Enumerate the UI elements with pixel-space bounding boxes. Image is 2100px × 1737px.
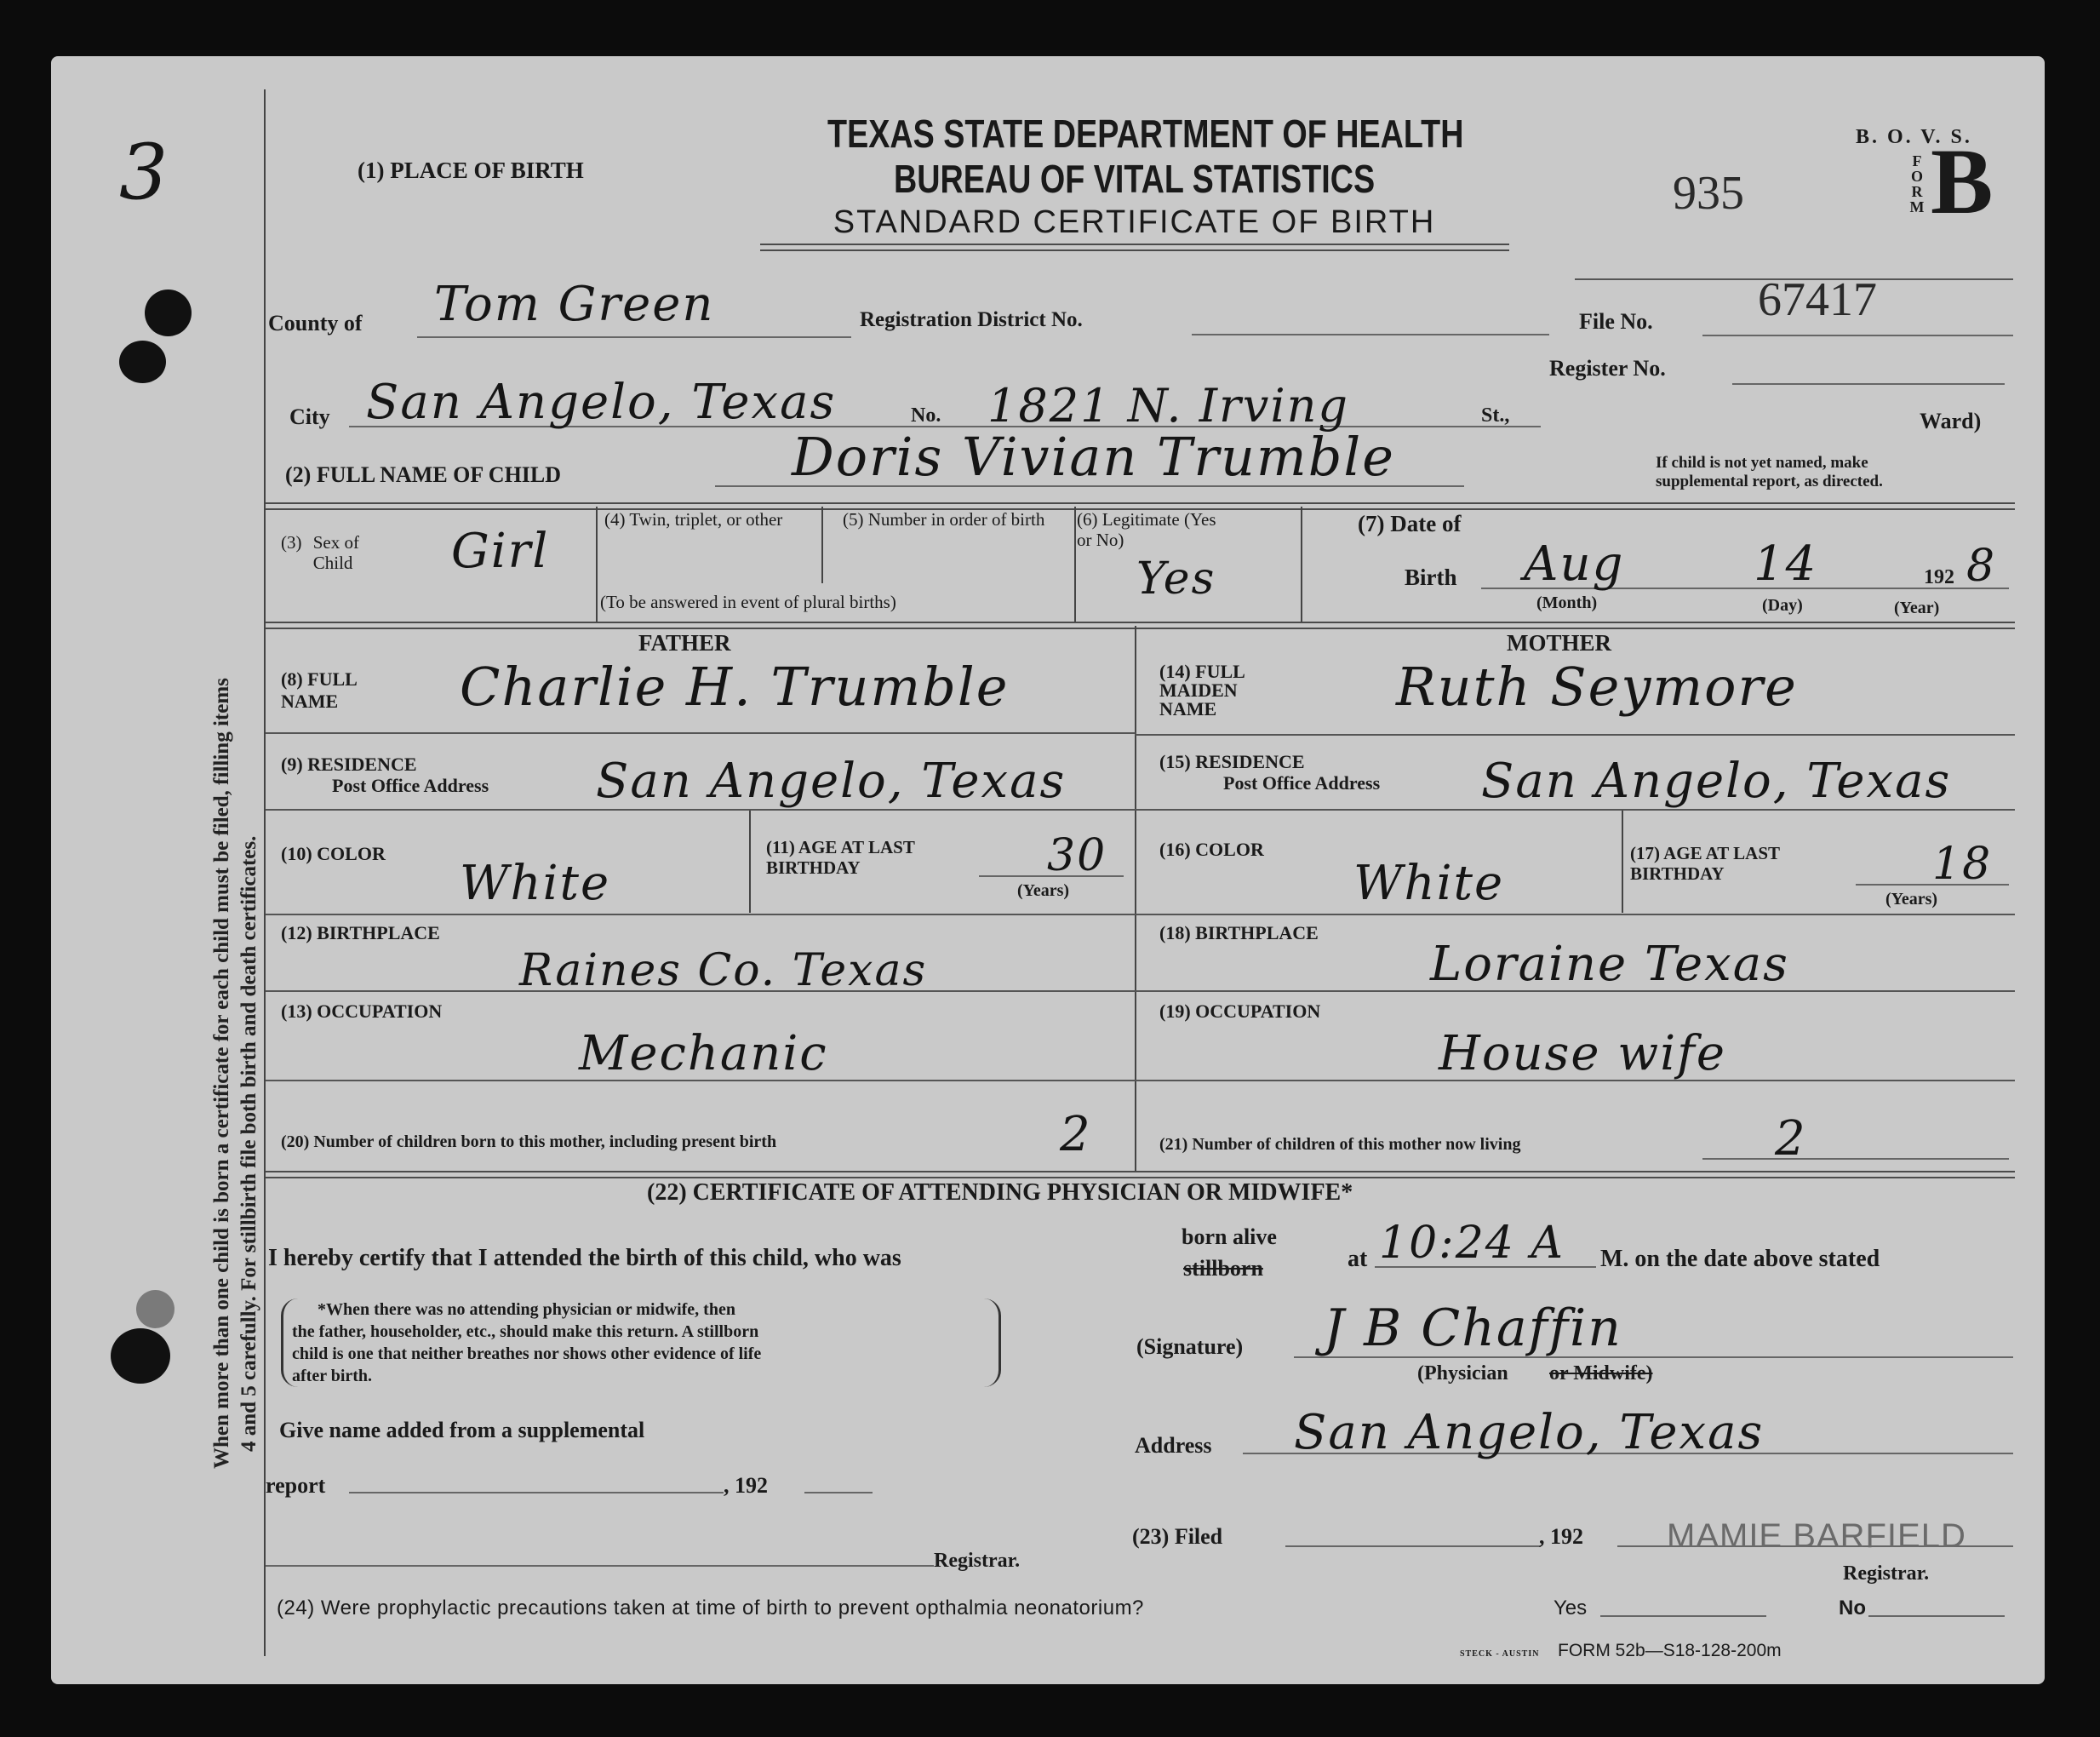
left-margin-rule (264, 89, 266, 1656)
mother-occupation-value[interactable]: House wife (1439, 1026, 1726, 1081)
mother-residence-sublabel: Post Office Address (1223, 772, 1380, 794)
form-code: FORM 52b—S18-128-200m (1558, 1641, 1782, 1661)
section-divider-3 (266, 1171, 2015, 1178)
mother-row-line-3 (1136, 914, 2015, 915)
father-age-caption: (Years) (1017, 881, 1069, 901)
mother-color-age-divider (1622, 811, 1623, 913)
time-value[interactable]: 10:24 A (1379, 1218, 1565, 1269)
birth-day-value[interactable]: 14 (1754, 536, 1817, 592)
father-heading: FATHER (638, 630, 731, 656)
mother-row-line-4 (1136, 990, 2015, 992)
report-underline (349, 1492, 724, 1493)
col-divider-6-7 (1301, 507, 1302, 622)
father-birthplace-value[interactable]: Raines Co. Texas (519, 945, 927, 996)
form-vertical-label: FORM (1909, 153, 1925, 215)
signature-label: (Signature) (1136, 1334, 1243, 1360)
father-color-value[interactable]: White (460, 856, 610, 911)
mother-residence-label: (15) RESIDENCE (1159, 751, 1305, 773)
mother-birthplace-value[interactable]: Loraine Texas (1430, 937, 1789, 992)
father-row-line-5 (266, 1080, 1136, 1081)
children-born-value[interactable]: 2 (1060, 1107, 1092, 1162)
father-occupation-label: (13) OCCUPATION (281, 1000, 442, 1023)
day-caption: (Day) (1762, 596, 1803, 616)
page-number: 3 (119, 128, 169, 217)
father-color-label: (10) COLOR (281, 843, 386, 865)
district-underline (1192, 334, 1549, 335)
left-registrar-underline (266, 1565, 934, 1567)
midwife-caption: or Midwife) (1549, 1362, 1653, 1385)
street-no-label: No. (911, 404, 941, 427)
year-caption: (Year) (1894, 599, 1939, 618)
mother-row-line-5 (1136, 1080, 2015, 1081)
mother-row-line-2 (1136, 809, 2015, 811)
legitimate-value[interactable]: Yes (1136, 553, 1216, 605)
father-name-value[interactable]: Charlie H. Trumble (460, 656, 1009, 718)
registration-district-label: Registration District No. (860, 308, 1083, 332)
county-value[interactable]: Tom Green (434, 277, 714, 332)
city-label: City (289, 404, 330, 430)
punch-hole-top (145, 289, 192, 336)
county-label: County of (268, 311, 363, 336)
birth-year-suffix[interactable]: 8 (1966, 541, 1996, 592)
certify-text: I hereby certify that I attended the bir… (268, 1245, 901, 1272)
mother-birthplace-label: (18) BIRTHPLACE (1159, 922, 1319, 944)
children-living-label: (21) Number of children of this mother n… (1159, 1135, 1520, 1155)
child-name-value[interactable]: Doris Vivian Trumble (792, 426, 1395, 488)
mother-name-label: (14) FULL MAIDEN NAME (1159, 662, 1279, 719)
supplemental-label: Give name added from a supplemental (279, 1418, 644, 1443)
children-living-underline (1702, 1158, 2009, 1160)
address-label: Address (1135, 1433, 1212, 1459)
col-divider-5-6 (1074, 507, 1076, 622)
place-of-birth-label: (1) PLACE OF BIRTH (358, 158, 584, 184)
prophylactic-yes-label: Yes (1554, 1597, 1587, 1620)
child-name-note: If child is not yet named, make suppleme… (1656, 454, 1883, 491)
children-born-label: (20) Number of children born to this mot… (281, 1132, 776, 1152)
punch-hole-top-2 (119, 341, 166, 383)
child-name-label: (2) FULL NAME OF CHILD (285, 462, 561, 488)
mother-occupation-label: (19) OCCUPATION (1159, 1000, 1320, 1023)
birth-label: Birth (1405, 565, 1457, 591)
file-no-value[interactable]: 67417 (1758, 272, 1877, 327)
filed-underline (1285, 1545, 1541, 1547)
parent-column-divider (1135, 626, 1136, 1171)
father-row-line-2 (266, 809, 1136, 811)
filed-year: , 192 (1539, 1524, 1583, 1550)
stillborn-option: stillborn (1183, 1256, 1263, 1281)
file-no-label: File No. (1579, 309, 1653, 335)
prophylactic-no-field[interactable] (1868, 1615, 2005, 1617)
at-label: at (1348, 1246, 1367, 1273)
mother-name-value[interactable]: Ruth Seymore (1396, 656, 1798, 718)
registrar-label-left: Registrar. (934, 1550, 1020, 1573)
legitimate-label: (6) Legitimate (Yes or No) (1077, 509, 1222, 550)
footnote-box: *When there was no attending physician o… (281, 1298, 1001, 1387)
registrar-label-right: Registrar. (1843, 1562, 1929, 1585)
col-divider-3-4 (596, 507, 598, 622)
mother-color-label: (16) COLOR (1159, 839, 1264, 861)
filed-label: (23) Filed (1132, 1524, 1222, 1550)
sex-value[interactable]: Girl (451, 524, 549, 579)
father-residence-sublabel: Post Office Address (332, 775, 489, 797)
report-year: , 192 (724, 1473, 768, 1499)
prophylactic-yes-field[interactable] (1600, 1615, 1766, 1617)
mother-row-line-1 (1136, 734, 2015, 736)
register-no-label: Register No. (1549, 356, 1666, 381)
father-row-line-1 (266, 732, 1136, 734)
physician-caption: (Physician (1417, 1362, 1508, 1385)
children-living-value[interactable]: 2 (1775, 1111, 1807, 1167)
register-no-underline (1732, 383, 2005, 385)
mother-age-value[interactable]: 18 (1932, 839, 1992, 890)
mother-age-label: (17) AGE AT LAST BIRTHDAY (1630, 843, 1860, 884)
title-underline (760, 244, 1509, 251)
father-age-value[interactable]: 30 (1047, 830, 1107, 881)
certificate-heading: (22) CERTIFICATE OF ATTENDING PHYSICIAN … (647, 1179, 1353, 1207)
father-residence-label: (9) RESIDENCE (281, 754, 417, 776)
mother-age-caption: (Years) (1885, 890, 1937, 909)
punch-hole-bottom (111, 1328, 170, 1384)
sex-label: (3) Sex of Child (281, 532, 381, 573)
report-year-underline (804, 1492, 873, 1493)
twin-label: (4) Twin, triplet, or other (604, 509, 792, 530)
punch-hole-bottom-2 (136, 1290, 175, 1328)
title-line3: STANDARD CERTIFICATE OF BIRTH (758, 204, 1511, 241)
report-label: report (266, 1473, 325, 1499)
father-color-age-divider (749, 811, 751, 913)
birth-month-value[interactable]: Aug (1524, 536, 1624, 592)
date-of-birth-label: (7) Date of (1358, 511, 1461, 537)
father-age-label: (11) AGE AT LAST BIRTHDAY (766, 837, 987, 878)
time-suffix: M. on the date above stated (1600, 1246, 1880, 1273)
father-birthplace-label: (12) BIRTHPLACE (281, 922, 440, 944)
father-row-line-4 (266, 990, 1136, 992)
mother-heading: MOTHER (1507, 630, 1611, 656)
col-divider-4-5 (821, 507, 823, 583)
margin-instruction: When more than one child is born a certi… (209, 678, 263, 1469)
street-value[interactable]: 1821 N. Irving (987, 379, 1349, 433)
form-letter: B (1931, 135, 1993, 228)
registrar-stamp: MAMIE BARFIELD (1667, 1517, 1966, 1556)
address-value[interactable]: San Angelo, Texas (1294, 1405, 1764, 1460)
city-value[interactable]: San Angelo, Texas (366, 375, 836, 430)
month-caption: (Month) (1536, 593, 1597, 613)
street-st-label: St., (1481, 404, 1509, 427)
birth-year-prefix: 192 (1924, 566, 1954, 589)
father-row-line-3 (266, 914, 1136, 915)
ward-label: Ward) (1920, 409, 1981, 434)
father-occupation-value[interactable]: Mechanic (579, 1026, 828, 1081)
prophylactic-question: (24) Were prophylactic precautions taken… (277, 1597, 1144, 1620)
stamp-number: 935 (1673, 166, 1744, 221)
mother-residence-value[interactable]: San Angelo, Texas (1481, 754, 1951, 809)
section-divider-2 (266, 622, 2015, 629)
order-label: (5) Number in order of birth (843, 509, 1081, 530)
printer-mark: STECK - AUSTIN (1460, 1649, 1539, 1659)
plural-note: (To be answered in event of plural birth… (600, 592, 896, 613)
county-underline (417, 336, 851, 338)
file-no-underline (1702, 335, 2013, 336)
title-line2: BUREAU OF VITAL STATISTICS (758, 156, 1511, 202)
prophylactic-no-label: No (1839, 1597, 1866, 1620)
mother-color-value[interactable]: White (1353, 856, 1504, 911)
born-alive-option: born alive (1182, 1224, 1277, 1250)
signature-value[interactable]: J B Chaffin (1324, 1298, 1622, 1358)
father-name-label: (8) FULL NAME (281, 668, 417, 713)
title-line1: TEXAS STATE DEPARTMENT OF HEALTH (758, 111, 1511, 157)
father-residence-value[interactable]: San Angelo, Texas (596, 754, 1066, 809)
